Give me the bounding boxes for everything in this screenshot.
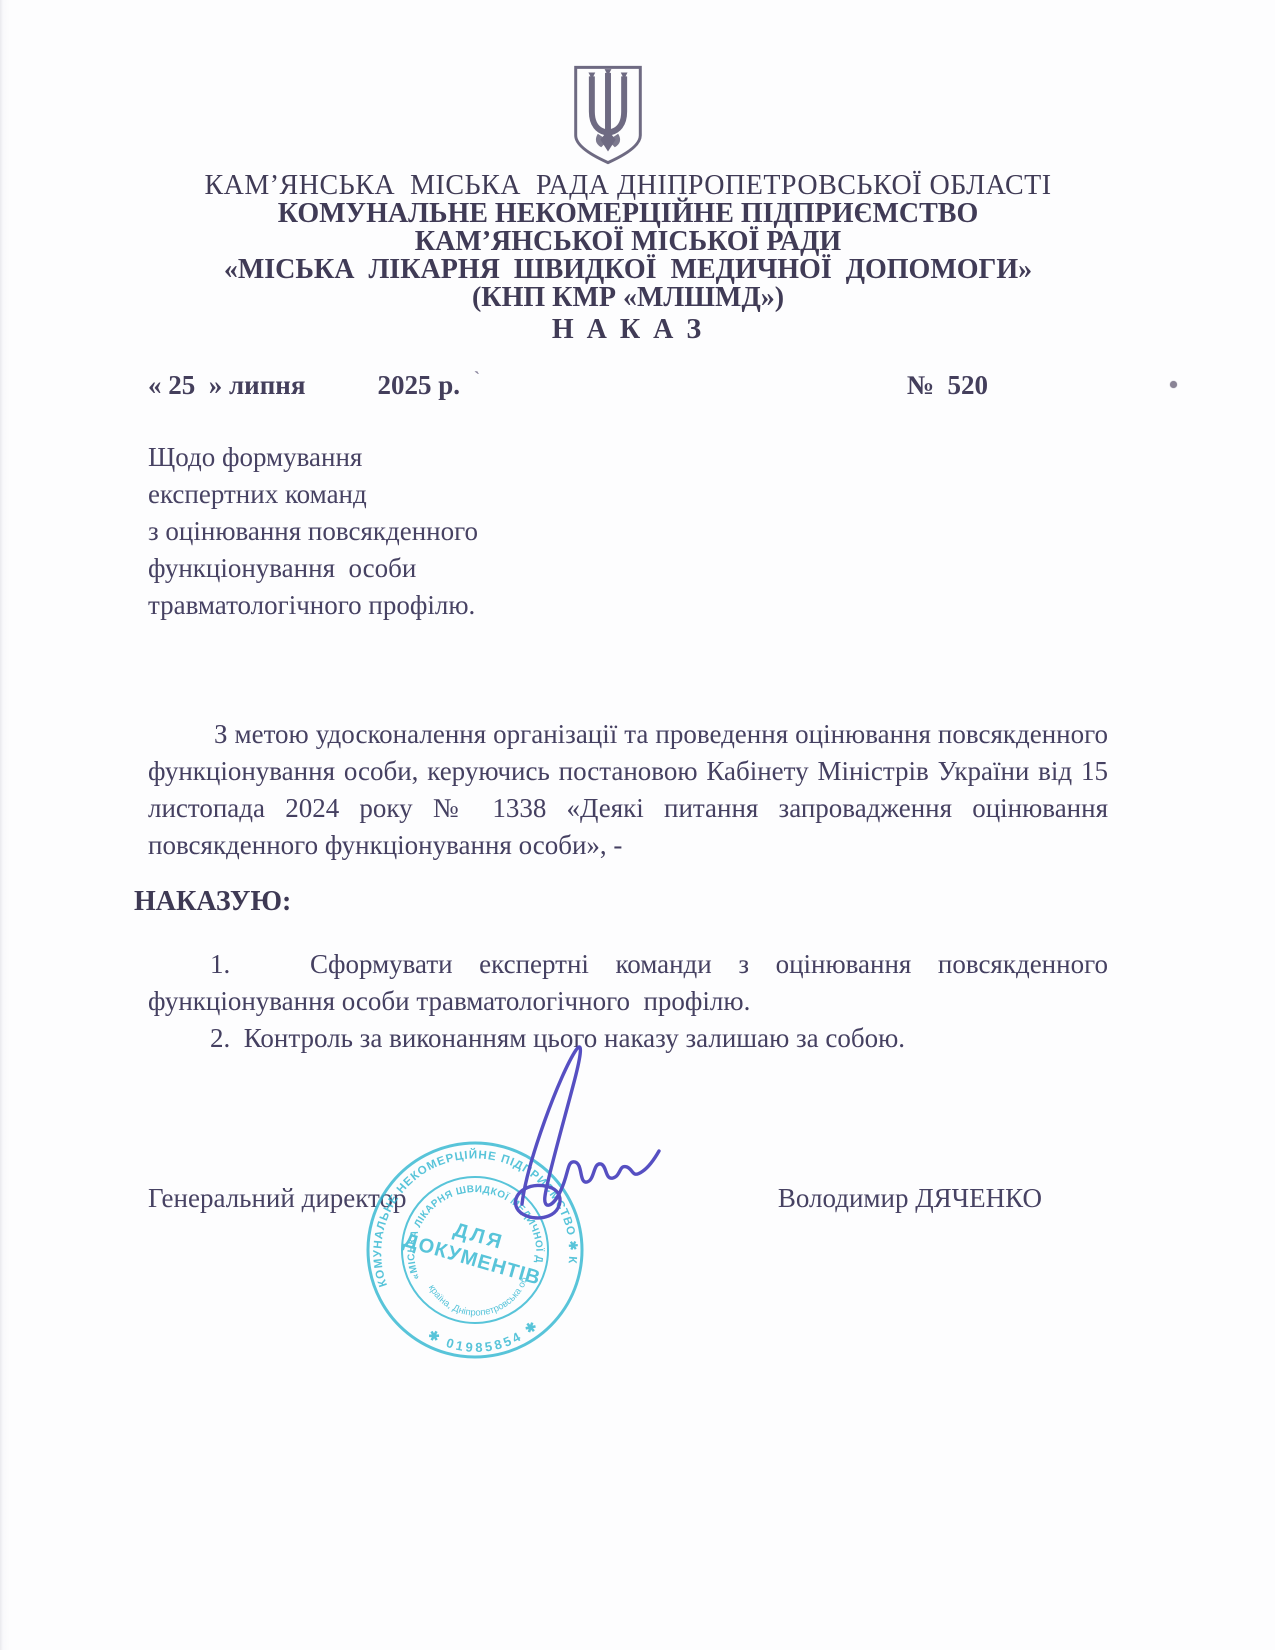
order-items: 1. Сформувати експертні команди з оцінюв…	[148, 946, 1108, 1057]
stamp-edrpou-text: ✱ 01985854 ✱	[424, 1315, 544, 1360]
order-heading: НАКАЗУЮ:	[134, 886, 1108, 918]
signer-position: Генеральний директор	[148, 1183, 406, 1214]
letterhead: КАМ’ЯНСЬКА МІСЬКА РАДА ДНІПРОПЕТРОВСЬКОЇ…	[148, 172, 1108, 344]
org-abbrev-line: (КНП КМР «МЛШМД»)	[148, 284, 1108, 312]
pen-mark: ˋ	[474, 368, 480, 389]
subject-line: травматологічного профілю.	[148, 587, 1108, 624]
document-content: КАМ’ЯНСЬКА МІСЬКА РАДА ДНІПРОПЕТРОВСЬКОЇ…	[0, 0, 1275, 1214]
doc-year: 2025 р.	[377, 370, 460, 401]
subject-line: експертних команд	[148, 476, 1108, 513]
preamble-paragraph: З метою удосконалення організації та про…	[148, 716, 1108, 864]
signature-row: Генеральний директор Володимир ДЯЧЕНКО	[148, 1183, 1108, 1214]
org-council-line: КАМ’ЯНСЬКА МІСЬКА РАДА ДНІПРОПЕТРОВСЬКОЇ…	[148, 172, 1108, 200]
order-item-1: 1. Сформувати експертні команди з оцінюв…	[148, 946, 1108, 1020]
subject-block: Щодо формування експертних команд з оцін…	[148, 439, 1108, 624]
org-owner-line: КАМ’ЯНСЬКОЇ МІСЬКОЇ РАДИ	[148, 228, 1108, 256]
stamp-center-line1: ДЛЯ	[451, 1219, 507, 1254]
ukraine-trident-icon	[565, 64, 651, 166]
date-number-row: « 25 » липня 2025 р. ˋ № 520	[148, 370, 1108, 401]
scan-speck	[1170, 381, 1177, 388]
coat-of-arms-wrap	[148, 0, 1108, 166]
subject-line: функціонування особи	[148, 550, 1108, 587]
subject-line: з оцінювання повсякденного	[148, 513, 1108, 550]
svg-text:✱ 01985854 ✱: ✱ 01985854 ✱	[424, 1315, 544, 1360]
subject-line: Щодо формування	[148, 439, 1108, 476]
org-name-line: «МІСЬКА ЛІКАРНЯ ШВИДКОЇ МЕДИЧНОЇ ДОПОМОГ…	[148, 256, 1108, 284]
signer-name: Володимир ДЯЧЕНКО	[778, 1183, 1042, 1214]
scanned-order-document: КАМ’ЯНСЬКА МІСЬКА РАДА ДНІПРОПЕТРОВСЬКОЇ…	[0, 0, 1275, 1650]
stamp-center-line2: ДОКУМЕНТІВ	[401, 1230, 543, 1290]
doc-type-title: Н А К А З	[148, 316, 1108, 344]
order-item-2: 2. Контроль за виконанням цього наказу з…	[148, 1020, 1108, 1057]
doc-number: № 520	[907, 370, 988, 401]
doc-date: « 25 » липня	[148, 370, 305, 401]
org-type-line: КОМУНАЛЬНЕ НЕКОМЕРЦІЙНЕ ПІДПРИЄМСТВО	[148, 200, 1108, 228]
